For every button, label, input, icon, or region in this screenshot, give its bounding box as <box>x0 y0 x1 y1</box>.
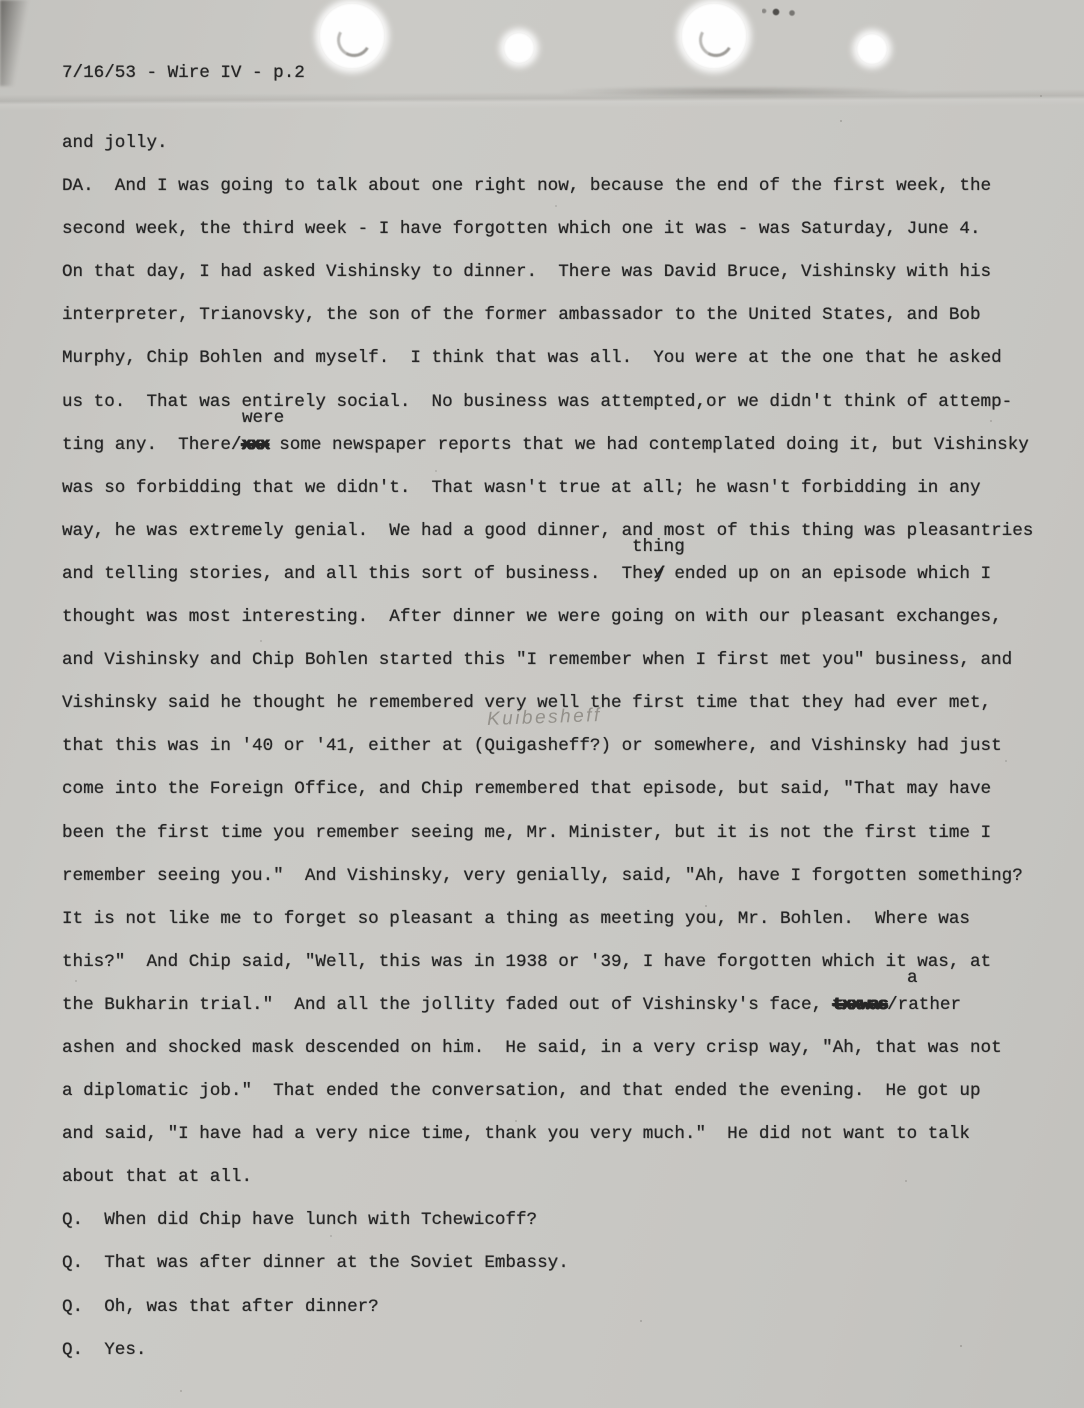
scanned-page: 7/16/53 - Wire IV - p.2 and jolly.DA. An… <box>0 0 1084 1408</box>
doc-line: us to. That was entirely social. No busi… <box>62 381 1033 424</box>
text-run: It is not like me to forget so pleasant … <box>62 909 970 929</box>
text-run: and Vishinsky and Chip Bohlen started th… <box>62 650 1012 670</box>
doc-line: On that day, I had asked Vishinsky to di… <box>62 251 1033 294</box>
text-run: about that at all. <box>62 1167 252 1187</box>
doc-line: this?" And Chip said, "Well, this was in… <box>62 941 1033 984</box>
typed-insertion: a <box>907 970 918 988</box>
doc-line: ashen and shocked mask descended on him.… <box>62 1027 1033 1070</box>
text-run: this?" And Chip said, "Well, this was in… <box>62 952 991 972</box>
doc-line: and jolly. <box>62 122 1033 165</box>
text-run: remember seeing you." And Vishinsky, ver… <box>62 866 1023 886</box>
text-run: us to. That was entirely social. No busi… <box>62 392 1012 412</box>
text-run: second week, the third week - I have for… <box>62 219 981 239</box>
punch-hole <box>504 33 535 64</box>
paper-speckles <box>0 0 2 2</box>
text-run: and said, "I have had a very nice time, … <box>62 1124 970 1144</box>
doc-line: Q. That was after dinner at the Soviet E… <box>62 1242 1033 1285</box>
doc-line: a diplomatic job." That ended the conver… <box>62 1070 1033 1113</box>
document-body: and jolly.DA. And I was going to talk ab… <box>62 122 1033 1372</box>
doc-line: that this was in '40 or '41, either at (… <box>62 725 1033 768</box>
text-run: some newspaper reports that we had conte… <box>269 435 1029 455</box>
smudge-mark <box>560 86 910 97</box>
page-header: 7/16/53 - Wire IV - p.2 <box>62 60 305 86</box>
text-run: On that day, I had asked Vishinsky to di… <box>62 262 991 282</box>
text-run: the Bukharin trial." And all the jollity… <box>62 995 833 1015</box>
punch-hole <box>857 34 888 65</box>
text-run: interpreter, Trianovsky, the son of the … <box>62 305 981 325</box>
doc-line: It is not like me to forget so pleasant … <box>62 898 1033 941</box>
doc-line: about that at all. <box>62 1156 1033 1199</box>
doc-line: Q. Yes. <box>62 1329 1033 1372</box>
punch-hole <box>681 3 747 69</box>
typed-insertion: were <box>242 410 284 428</box>
doc-line: thought was most interesting. After dinn… <box>62 596 1033 639</box>
pencil-scuff-mark <box>762 7 808 17</box>
doc-line: second week, the third week - I have for… <box>62 208 1033 251</box>
doc-line: way, he was extremely genial. We had a g… <box>62 510 1033 553</box>
struck-text: xxx <box>242 435 269 455</box>
text-run: that this was in '40 or '41, either at (… <box>62 736 1002 756</box>
corner-mark <box>0 0 34 86</box>
doc-line: Murphy, Chip Bohlen and myself. I think … <box>62 337 1033 380</box>
text-run: Q. That was after dinner at the Soviet E… <box>62 1253 569 1273</box>
doc-line: interpreter, Trianovsky, the son of the … <box>62 294 1033 337</box>
doc-line: been the first time you remember seeing … <box>62 812 1033 855</box>
text-run: was so forbidding that we didn't. That w… <box>62 478 981 498</box>
struck-text: txxwas <box>833 995 887 1015</box>
doc-line: remember seeing you." And Vishinsky, ver… <box>62 855 1033 898</box>
doc-line: the Bukharin trial." And all the jollity… <box>62 984 1033 1027</box>
text-run: Q. Yes. <box>62 1340 146 1360</box>
text-run: a diplomatic job." That ended the conver… <box>62 1081 981 1101</box>
text-run: come into the Foreign Office, and Chip r… <box>62 779 991 799</box>
slashed-char: y <box>653 553 664 596</box>
doc-line: was so forbidding that we didn't. That w… <box>62 467 1033 510</box>
doc-line: Q. Oh, was that after dinner? <box>62 1286 1033 1329</box>
text-run: ting any. There/ <box>62 435 242 455</box>
text-run: and jolly. <box>62 133 168 153</box>
text-run: Q. When did Chip have lunch with Tchewic… <box>62 1210 537 1230</box>
doc-line: DA. And I was going to talk about one ri… <box>62 165 1033 208</box>
punch-hole <box>319 3 385 69</box>
doc-line: and telling stories, and all this sort o… <box>62 553 1033 596</box>
handwritten-note: Kuibesheff <box>487 706 602 729</box>
doc-line: Q. When did Chip have lunch with Tchewic… <box>62 1199 1033 1242</box>
text-run: Murphy, Chip Bohlen and myself. I think … <box>62 348 1002 368</box>
doc-line: and Vishinsky and Chip Bohlen started th… <box>62 639 1033 682</box>
paper-crease <box>0 89 1084 111</box>
text-run: and telling stories, and all this sort o… <box>62 564 653 584</box>
text-run: thought was most interesting. After dinn… <box>62 607 1002 627</box>
text-run: ashen and shocked mask descended on him.… <box>62 1038 1002 1058</box>
doc-line: come into the Foreign Office, and Chip r… <box>62 768 1033 811</box>
doc-line: and said, "I have had a very nice time, … <box>62 1113 1033 1156</box>
text-run: been the first time you remember seeing … <box>62 823 991 843</box>
text-run: ended up on an episode which I <box>664 564 991 584</box>
doc-line: ting any. There/xxx some newspaper repor… <box>62 424 1033 467</box>
text-run: Q. Oh, was that after dinner? <box>62 1297 379 1317</box>
text-run: DA. And I was going to talk about one ri… <box>62 176 991 196</box>
text-run: way, he was extremely genial. We had a g… <box>62 521 1033 541</box>
text-run: /rather <box>887 995 961 1015</box>
